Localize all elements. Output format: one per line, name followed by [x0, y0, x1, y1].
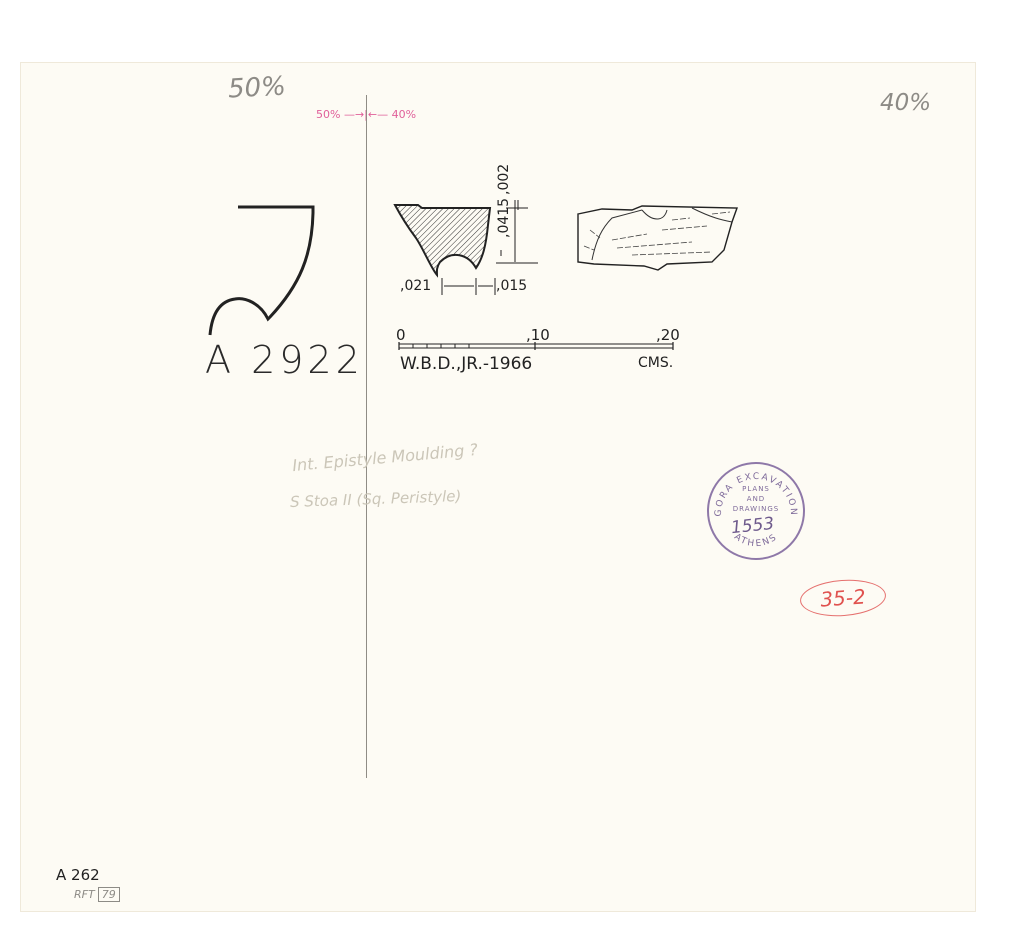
dim-width-left: ,021: [400, 278, 431, 294]
catalog-number: A 262: [56, 866, 100, 884]
dim-height-main: ,0415: [496, 198, 512, 238]
fragment-sketch: [572, 200, 747, 275]
scale-note-left: 50%: [227, 72, 286, 105]
rft-box: 79: [98, 887, 120, 902]
profile-outline-icon: [200, 195, 330, 345]
pink-scale-left: 50%: [316, 108, 340, 121]
scale-bar: [398, 342, 676, 352]
dim-height-top: ,002: [496, 164, 512, 195]
scale-note-right: 40%: [880, 90, 931, 116]
pink-scale-right: 40%: [392, 108, 416, 121]
catalog-title: A 2922: [205, 338, 364, 382]
divider-line: [366, 95, 367, 778]
rft-note: RFT79: [74, 888, 120, 901]
draftsman-credit: W.B.D.,JR.-1966: [400, 354, 532, 374]
scale-unit: CMS.: [638, 355, 673, 371]
stamp-line-3: DRAWINGS: [709, 504, 803, 514]
dim-width-right: ,015: [496, 278, 527, 294]
stamp-line-1: PLANS: [709, 484, 803, 494]
agora-stamp: AGORA EXCAVATIONS ATHENS PLANS AND DRAWI…: [707, 462, 805, 560]
stamp-line-2: AND: [709, 494, 803, 504]
rft-label: RFT: [74, 888, 95, 901]
